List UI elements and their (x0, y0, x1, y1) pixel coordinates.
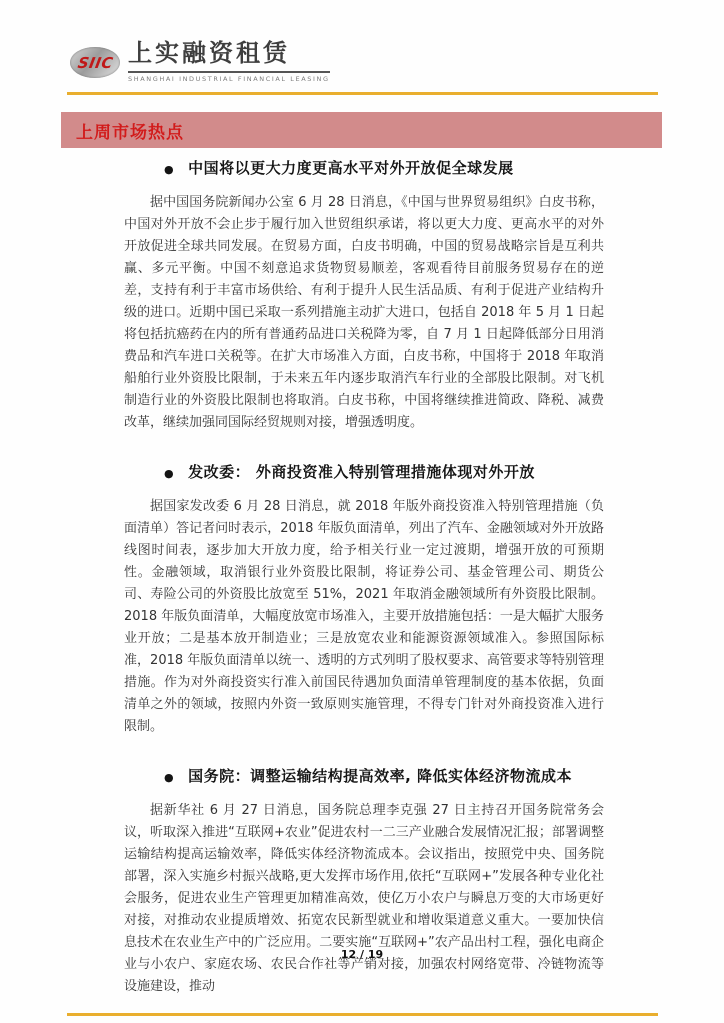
bullet-icon: ● (164, 462, 174, 486)
company-name-en: SHANGHAI INDUSTRIAL FINANCIAL LEASING (128, 75, 330, 83)
report-page: SIIC 上实融资租赁 SHANGHAI INDUSTRIAL FINANCIA… (0, 0, 724, 1023)
siic-logo-icon: SIIC (70, 47, 120, 78)
bullet-icon: ● (164, 766, 174, 790)
footer-rule (67, 1013, 658, 1016)
news-section: ● 国务院：调整运输结构提高效率, 降低实体经济物流成本 据新华社 6 月 27… (124, 764, 604, 998)
header: SIIC 上实融资租赁 SHANGHAI INDUSTRIAL FINANCIA… (70, 38, 330, 83)
section-heading: ● 国务院：调整运输结构提高效率, 降低实体经济物流成本 (124, 764, 604, 790)
banner-title: 上周市场热点 (76, 118, 184, 143)
section-body: 据新华社 6 月 27 日消息，国务院总理李克强 27 日主持召开国务院常务会议… (124, 800, 604, 998)
section-banner: 上周市场热点 (61, 112, 662, 148)
news-section: ● 中国将以更大力度更高水平对外开放促全球发展 据中国国务院新闻办公室 6 月 … (124, 156, 604, 434)
section-heading: ● 中国将以更大力度更高水平对外开放促全球发展 (124, 156, 604, 182)
section-body: 据中国国务院新闻办公室 6 月 28 日消息，《中国与世界贸易组织》白皮书称，中… (124, 192, 604, 434)
company-name-cn: 上实融资租赁 (128, 38, 330, 73)
section-heading-text: 发改委： 外商投资准入特别管理措施体现对外开放 (188, 460, 535, 484)
section-heading: ● 发改委： 外商投资准入特别管理措施体现对外开放 (124, 460, 604, 486)
logo-text-block: 上实融资租赁 SHANGHAI INDUSTRIAL FINANCIAL LEA… (128, 38, 330, 83)
news-section: ● 发改委： 外商投资准入特别管理措施体现对外开放 据国家发改委 6 月 28 … (124, 460, 604, 738)
bullet-icon: ● (164, 158, 174, 182)
section-body: 据国家发改委 6 月 28 日消息，就 2018 年版外商投资准入特别管理措施（… (124, 496, 604, 738)
page-number: 12 / 19 (0, 948, 724, 961)
content-area: ● 中国将以更大力度更高水平对外开放促全球发展 据中国国务院新闻办公室 6 月 … (124, 148, 604, 998)
section-heading-text: 国务院：调整运输结构提高效率, 降低实体经济物流成本 (188, 764, 572, 788)
section-heading-text: 中国将以更大力度更高水平对外开放促全球发展 (188, 156, 514, 180)
siic-logo-text: SIIC (76, 54, 114, 72)
header-rule (67, 92, 658, 95)
